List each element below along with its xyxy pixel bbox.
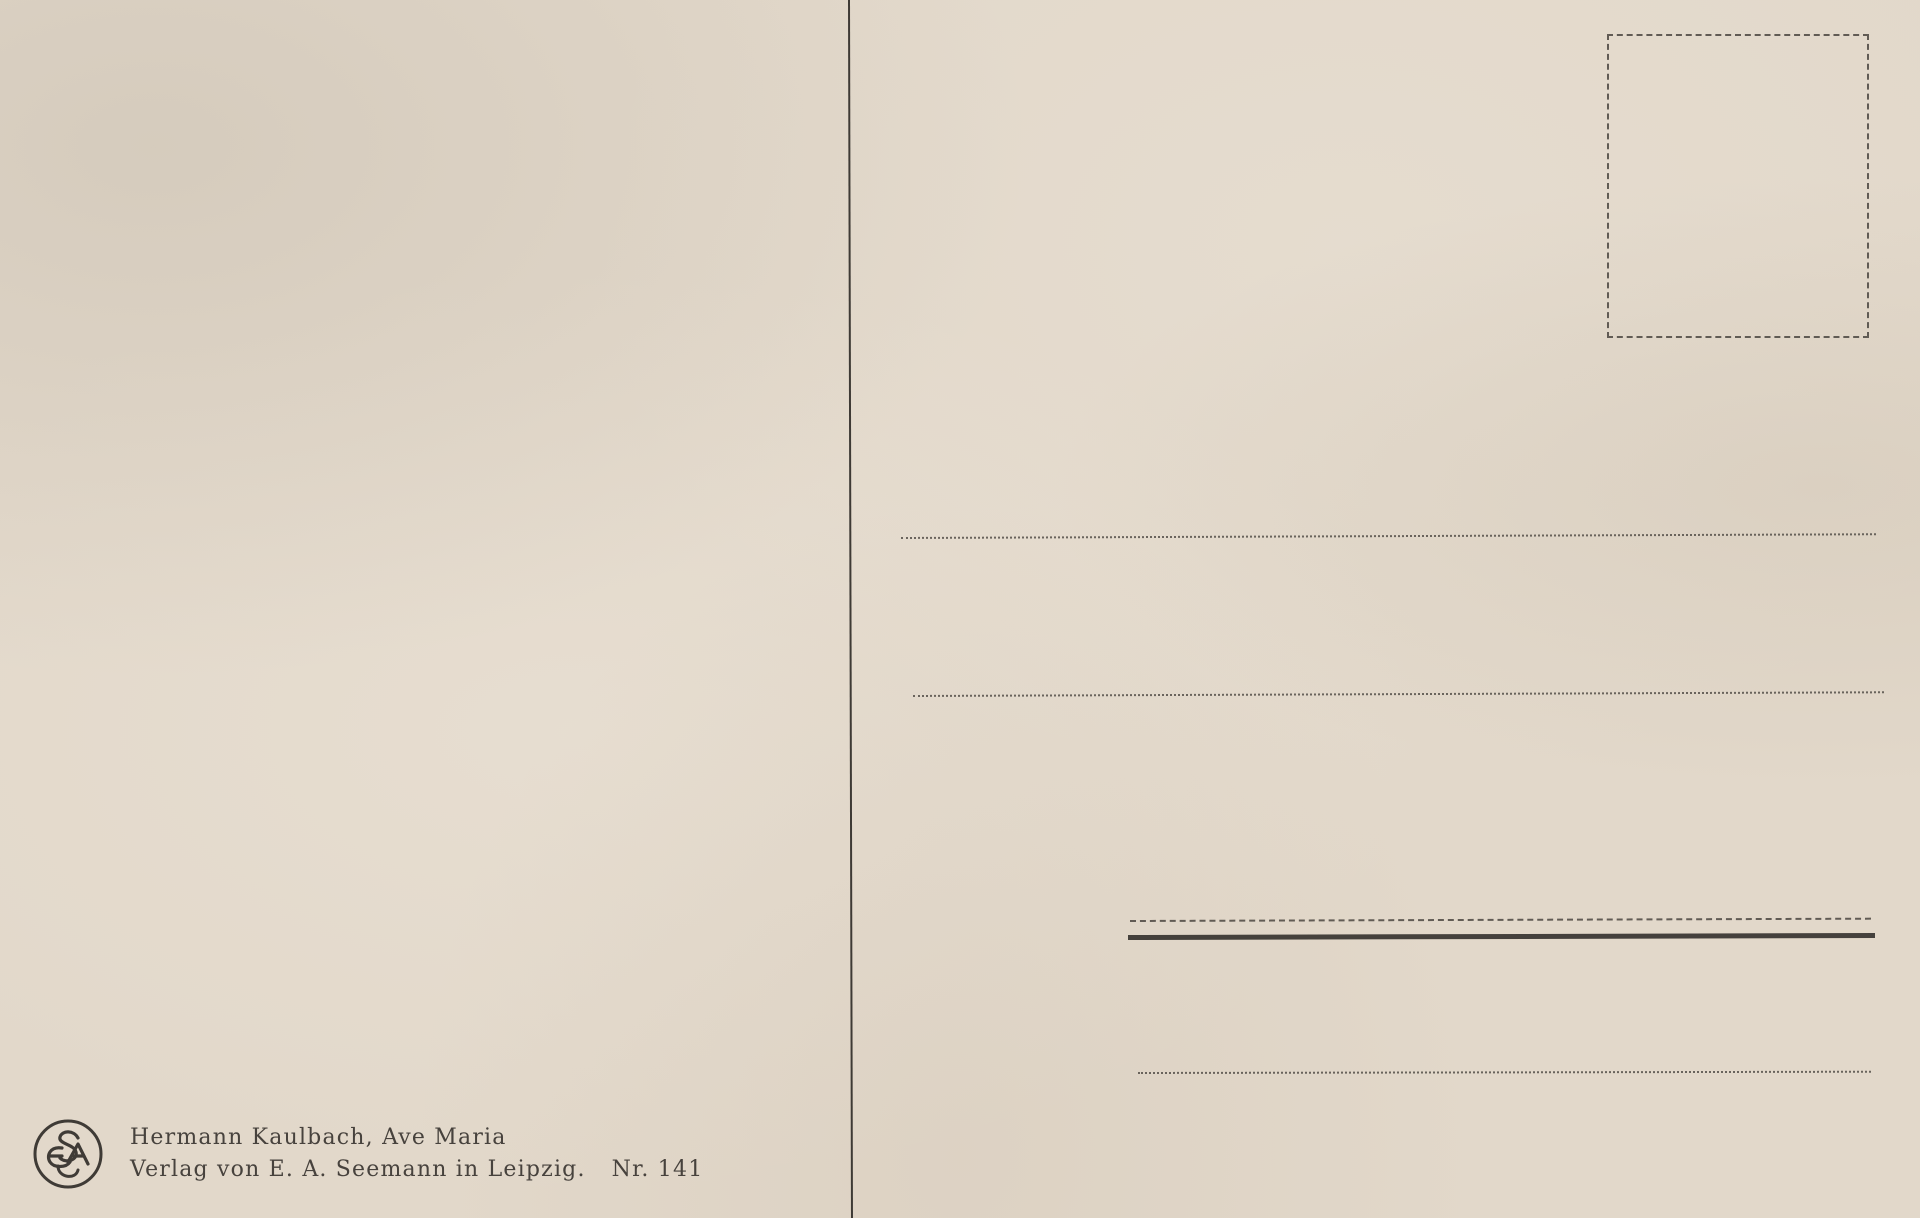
publisher-name: Verlag von E. A. Seemann in Leipzig. [130, 1154, 586, 1186]
publisher-line: Verlag von E. A. Seemann in Leipzig. Nr.… [130, 1154, 703, 1186]
address-line-2 [913, 691, 1884, 697]
address-line-1 [901, 533, 1876, 539]
address-underline-bold [1128, 933, 1875, 940]
postcard-back: Hermann Kaulbach, Ave Maria Verlag von E… [0, 0, 1920, 1218]
artwork-title: Hermann Kaulbach, Ave Maria [130, 1122, 703, 1154]
publisher-monogram-icon [32, 1118, 104, 1190]
vertical-divider [848, 0, 853, 1218]
address-line-3 [1130, 918, 1871, 922]
caption-text: Hermann Kaulbach, Ave Maria Verlag von E… [130, 1122, 703, 1186]
address-line-4 [1138, 1071, 1871, 1074]
publisher-caption: Hermann Kaulbach, Ave Maria Verlag von E… [32, 1118, 703, 1190]
card-number: Nr. 141 [612, 1154, 704, 1186]
stamp-box [1607, 34, 1869, 338]
